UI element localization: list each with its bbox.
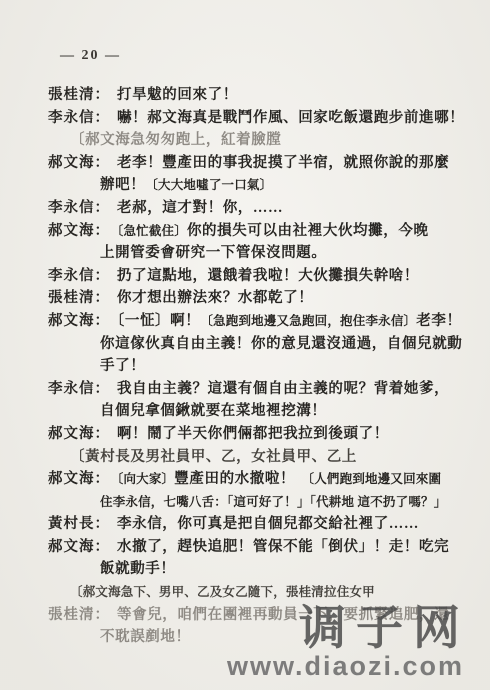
script-line: 張桂清：你才想出辦法來？水都乾了！ xyxy=(48,287,476,310)
script-line: 不耽誤剷地！ xyxy=(48,626,476,649)
speaker-name: 郝文海： xyxy=(48,155,110,171)
dialogue-text: 李永信，你可真是把自個兒都交給社裡了…… xyxy=(117,516,419,532)
script-line: 郝文海：老李！豐產田的事我捉摸了半宿，就照你說的那麼 xyxy=(48,152,476,175)
speaker-name: 張桂清： xyxy=(48,290,110,306)
script-line: 郝文海：水撤了，趕快追肥！管保不能「倒伏」！走！吃完 xyxy=(48,536,476,559)
watermark-site-url: www.diaozi.com xyxy=(227,652,464,682)
script-line: 李永信：老郝，這才對！你，…… xyxy=(48,197,476,220)
page-number: — 20 — xyxy=(60,48,121,64)
script-line: 飯就動手！ xyxy=(48,558,476,581)
script-line: 〔郝文海急下、男甲、乙及女乙隨下，張桂清拉住女甲 xyxy=(48,581,476,604)
script-line: 手了！ xyxy=(48,355,476,378)
dialogue-text: 老郝，這才對！你，…… xyxy=(117,200,283,216)
dialogue-text: 等會兒，咱們在團裡再動員一下，要抓緊追肥，還 xyxy=(117,607,449,623)
dialogue-text: 〔一怔〕啊！ xyxy=(117,313,200,329)
script-line: 你這傢伙真自由主義！你的意見還沒通過，自個兒就動 xyxy=(48,333,476,356)
script-line: 李永信：嚇！郝文海真是戰鬥作風、回家吃飯還跑步前進哪！ xyxy=(48,107,476,130)
speaker-name: 郝文海： xyxy=(48,471,110,487)
speaker-name: 李永信： xyxy=(48,268,110,284)
script-line: 張桂清：等會兒，咱們在團裡再動員一下，要抓緊追肥，還 xyxy=(48,604,476,627)
script-body: 張桂清：打旱魃的回來了！李永信：嚇！郝文海真是戰鬥作風、回家吃飯還跑步前進哪！〔… xyxy=(48,84,476,649)
dialogue-text: 你這傢伙真自由主義！你的意見還沒通過，自個兒就動 xyxy=(100,336,462,352)
dialogue-text: 住李永信，七嘴八舌：「這可好了！」「代耕地 這不扔了嗎？」 xyxy=(100,495,446,509)
dialogue-text: 〔急跑到地邊又急跑回，抱住李永信〕 xyxy=(200,314,416,328)
dialogue-text: 水撤了，趕快追肥！管保不能「倒伏」！走！吃完 xyxy=(117,539,449,555)
speaker-name: 李永信： xyxy=(48,110,110,126)
dialogue-text: 手了！ xyxy=(100,358,145,374)
dialogue-text: 〔大大地噓了一口氣〕 xyxy=(145,178,272,192)
speaker-name: 張桂清： xyxy=(48,607,110,623)
dialogue-text: 扔了這點地，還餓着我啦！大伙攤損失幹啥！ xyxy=(117,268,419,284)
speaker-name: 張桂清： xyxy=(48,87,110,103)
dialogue-text: 豐產田的水撤啦！ xyxy=(174,471,295,487)
stage-direction-text: 〔郝文海急下、男甲、乙及女乙隨下，張桂清拉住女甲 xyxy=(70,585,375,599)
dialogue-text: 我自由主義？這還有個自由主義的呢？背着她爹， xyxy=(117,381,449,397)
script-line: 自個兒拿個鍬就要在菜地裡挖溝！ xyxy=(48,400,476,423)
dialogue-text: 打旱魃的回來了！ xyxy=(117,87,238,103)
scanned-page: — 20 — 張桂清：打旱魃的回來了！李永信：嚇！郝文海真是戰鬥作風、回家吃飯還… xyxy=(0,0,490,690)
script-line: 郝文海：〔一怔〕啊！〔急跑到地邊又急跑回，抱住李永信〕老李！ xyxy=(48,310,476,333)
script-line: 〔郝文海急匆匆跑上，紅着臉膛 xyxy=(48,129,476,152)
script-line: 辦吧！〔大大地噓了一口氣〕 xyxy=(48,174,476,197)
script-line: 張桂清：打旱魃的回來了！ xyxy=(48,84,476,107)
dialogue-text: 飯就動手！ xyxy=(100,561,176,577)
dialogue-text: 不耽誤剷地！ xyxy=(100,629,191,645)
dialogue-text: 〔人們跑到地邊又回來圍 xyxy=(295,472,441,486)
script-line: 李永信：我自由主義？這還有個自由主義的呢？背着她爹， xyxy=(48,378,476,401)
script-line: 上開管委會研究一下管保沒問題。 xyxy=(48,242,476,265)
dialogue-text: 辦吧！ xyxy=(100,177,145,193)
dialogue-text: 老李！ xyxy=(416,313,461,329)
stage-direction-text: 〔郝文海急匆匆跑上，紅着臉膛 xyxy=(70,132,281,148)
script-line: 〔黃村長及男社員甲、乙，女社員甲、乙上 xyxy=(48,446,476,469)
dialogue-text: 啊！鬧了半天你們倆都把我拉到後頭了！ xyxy=(117,426,389,442)
dialogue-text: 嚇！郝文海真是戰鬥作風、回家吃飯還跑步前進哪！ xyxy=(117,110,464,126)
dialogue-text: 你的損失可以由社裡大伙均攤，今晚 xyxy=(187,223,429,239)
script-line: 郝文海：〔急忙截住〕你的損失可以由社裡大伙均攤，今晚 xyxy=(48,220,476,243)
speaker-name: 李永信： xyxy=(48,381,110,397)
script-line: 黃村長：李永信，你可真是把自個兒都交給社裡了…… xyxy=(48,513,476,536)
stage-direction-text: 〔黃村長及男社員甲、乙，女社員甲、乙上 xyxy=(70,449,357,465)
speaker-name: 黃村長： xyxy=(48,516,110,532)
speaker-name: 郝文海： xyxy=(48,539,110,555)
dialogue-text: 你才想出辦法來？水都乾了！ xyxy=(117,290,313,306)
dialogue-text: 自個兒拿個鍬就要在菜地裡挖溝！ xyxy=(100,403,327,419)
script-line: 郝文海：〔向大家〕豐產田的水撤啦！ 〔人們跑到地邊又回來圍 xyxy=(48,468,476,491)
script-line: 住李永信，七嘴八舌：「這可好了！」「代耕地 這不扔了嗎？」 xyxy=(48,491,476,514)
speaker-name: 郝文海： xyxy=(48,426,110,442)
dialogue-text: 上開管委會研究一下管保沒問題。 xyxy=(100,245,327,261)
dialogue-text: 老李！豐產田的事我捉摸了半宿，就照你說的那麼 xyxy=(117,155,449,171)
script-line: 李永信：扔了這點地，還餓着我啦！大伙攤損失幹啥！ xyxy=(48,265,476,288)
dialogue-text: 〔急忙截住〕 xyxy=(117,224,187,238)
speaker-name: 郝文海： xyxy=(48,313,110,329)
script-line: 郝文海：啊！鬧了半天你們倆都把我拉到後頭了！ xyxy=(48,423,476,446)
speaker-name: 李永信： xyxy=(48,200,110,216)
speaker-name: 郝文海： xyxy=(48,223,110,239)
dialogue-text: 〔向大家〕 xyxy=(117,472,174,486)
